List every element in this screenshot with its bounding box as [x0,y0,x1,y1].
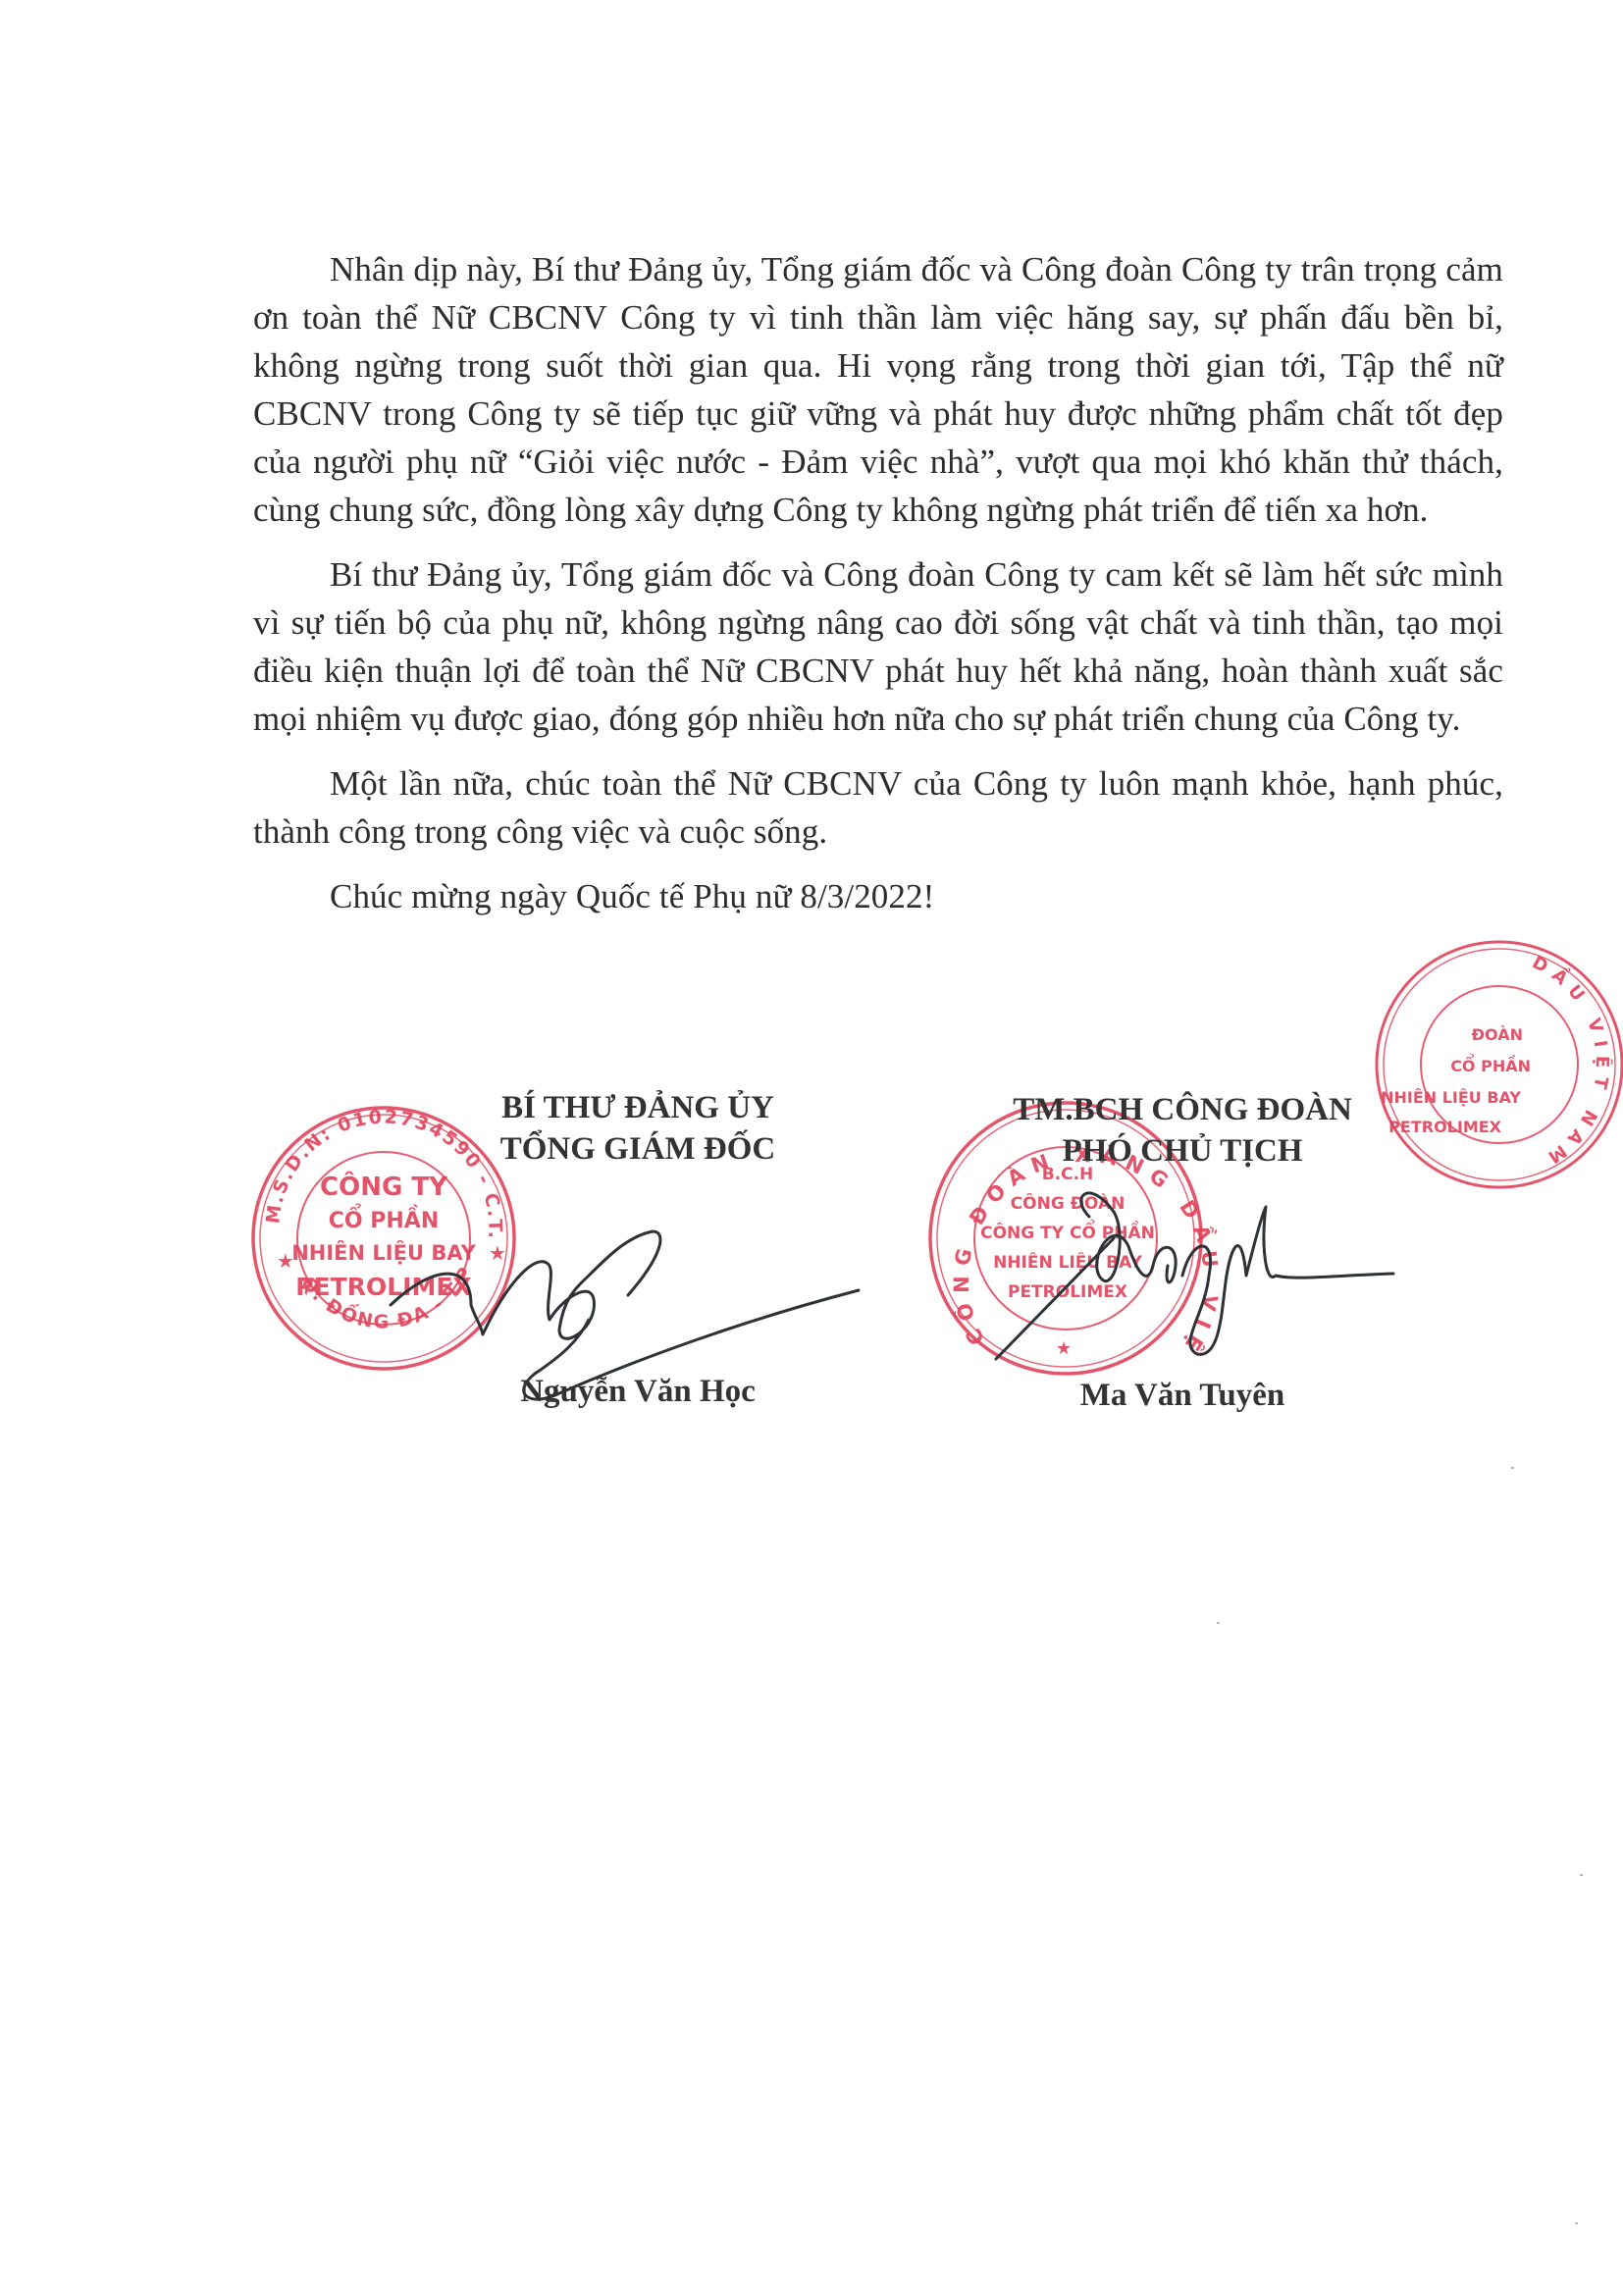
svg-text:CỔ PHẦN: CỔ PHẦN [1450,1054,1531,1075]
paragraph-commitment: Bí thư Đảng ủy, Tổng giám đốc và Công đo… [253,550,1503,743]
svg-text:CÔNG TY CỔ PHẦN: CÔNG TY CỔ PHẦN [980,1219,1155,1243]
svg-text:★: ★ [489,1241,506,1265]
svg-text:PETROLIMEX: PETROLIMEX [295,1273,471,1301]
svg-text:★: ★ [1056,1338,1072,1359]
signer-title-party-secretary: BÍ THƯ ĐẢNG ỦY [412,1087,864,1128]
signer-name-right: Ma Văn Tuyên [962,1378,1403,1414]
signature-block-right: TM.BCH CÔNG ĐOÀN PHÓ CHỦ TỊCH [962,1089,1403,1172]
signature-block-left: BÍ THƯ ĐẢNG ỦY TỔNG GIÁM ĐỐC [412,1087,864,1170]
partial-stamp: DẦU VIỆT NAM ĐOÀN CỔ PHẦN NHIÊN LIỆU BAY… [1377,942,1622,1187]
scan-speck [1580,1874,1583,1876]
signer-title-vice-chairman: PHÓ CHỦ TỊCH [962,1130,1403,1172]
svg-text:CỔ PHẦN: CỔ PHẦN [329,1204,439,1233]
svg-text:NHIÊN LIỆU BAY: NHIÊN LIỆU BAY [291,1239,476,1265]
scan-speck [1511,1467,1514,1469]
svg-text:CÔNG ĐOÀN: CÔNG ĐOÀN [1011,1192,1126,1214]
svg-text:PETROLIMEX: PETROLIMEX [1388,1118,1501,1136]
document-page: Nhân dịp này, Bí thư Đảng ủy, Tổng giám … [0,0,1623,2296]
letter-body: Nhân dịp này, Bí thư Đảng ủy, Tổng giám … [253,245,1503,937]
svg-text:PETROLIMEX: PETROLIMEX [1008,1282,1127,1302]
svg-text:NHIÊN LIỆU BAY: NHIÊN LIỆU BAY [993,1251,1143,1273]
signature-right [996,1193,1393,1359]
signer-title-general-director: TỔNG GIÁM ĐỐC [412,1128,864,1170]
signer-title-union: TM.BCH CÔNG ĐOÀN [962,1089,1403,1130]
paragraph-thanks: Nhân dịp này, Bí thư Đảng ủy, Tổng giám … [253,245,1503,534]
paragraph-wishes: Một lần nữa, chúc toàn thể Nữ CBCNV của … [253,759,1503,856]
signer-name-left: Nguyễn Văn Học [412,1374,864,1410]
closing-greeting: Chúc mừng ngày Quốc tế Phụ nữ 8/3/2022! [253,872,1503,920]
svg-text:ĐOÀN: ĐOÀN [1472,1025,1523,1044]
scan-speck [1575,2222,1578,2224]
svg-text:DẦU VIỆT NAM: DẦU VIỆT NAM [1529,952,1613,1172]
svg-text:★: ★ [277,1249,294,1273]
scan-speck [1217,1622,1220,1624]
svg-text:CÔNG TY: CÔNG TY [320,1171,448,1202]
